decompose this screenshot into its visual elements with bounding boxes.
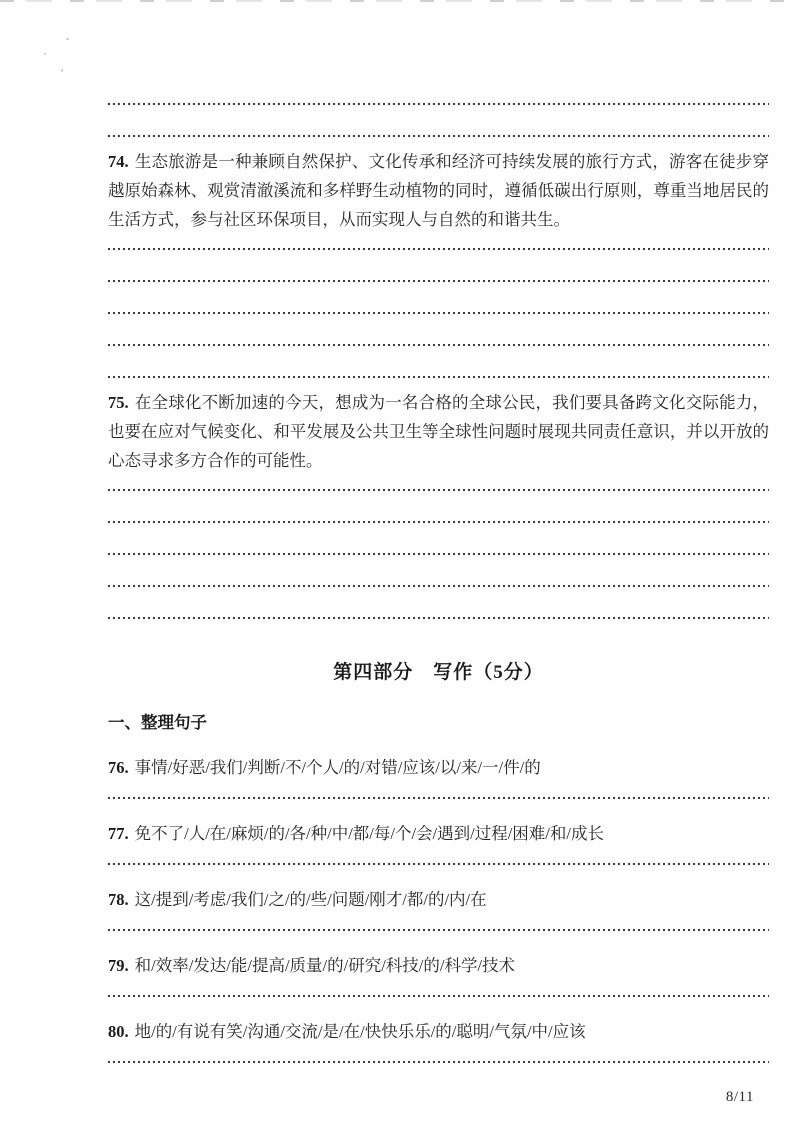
answer-line — [108, 103, 769, 105]
writing-item-text: 免不了/人/在/麻烦/的/各/种/中/都/每/个/会/遇到/过程/困难/和/成长 — [135, 824, 604, 843]
answer-line — [108, 995, 769, 997]
scan-speck — [61, 69, 63, 72]
question-74-number: 74. — [108, 152, 129, 171]
page-content: 74.生态旅游是一种兼顾自然保护、文化传承和经济可持续发展的旅行方式，游客在徒步… — [0, 0, 794, 1063]
question-75: 75.在全球化不断加速的今天，想成为一名合格的全球公民，我们要具备跨文化交际能力… — [108, 388, 769, 475]
answer-line — [108, 521, 769, 523]
answer-line — [108, 929, 769, 931]
question-74: 74.生态旅游是一种兼顾自然保护、文化传承和经济可持续发展的旅行方式，游客在徒步… — [108, 147, 769, 234]
writing-item-77: 77.免不了/人/在/麻烦/的/各/种/中/都/每/个/会/遇到/过程/困难/和… — [108, 820, 769, 865]
answer-line — [108, 1061, 769, 1063]
carryover-answer-lines — [108, 103, 769, 137]
writing-item-text: 事情/好恶/我们/判断/不/个人/的/对错/应该/以/来/一/件/的 — [135, 758, 541, 777]
writing-item-number: 77. — [108, 824, 129, 843]
writing-item-text: 这/提到/考虑/我们/之/的/些/问题/刚才/都/的/内/在 — [135, 890, 487, 909]
writing-item-number: 79. — [108, 956, 129, 975]
writing-item-78: 78.这/提到/考虑/我们/之/的/些/问题/刚才/都/的/内/在 — [108, 886, 769, 931]
writing-item-80: 80.地/的/有说有笑/沟通/交流/是/在/快快乐乐/的/聪明/气氛/中/应该 — [108, 1018, 769, 1063]
answer-line — [108, 280, 769, 282]
answer-line — [108, 553, 769, 555]
answer-line — [108, 248, 769, 250]
answer-line — [108, 489, 769, 491]
writing-item-79: 79.和/效率/发达/能/提高/质量/的/研究/科技/的/科学/技术 — [108, 952, 769, 997]
question-75-number: 75. — [108, 393, 129, 412]
section-title: 第四部分 写作（5分） — [108, 657, 769, 684]
answer-line — [108, 344, 769, 346]
writing-item-number: 76. — [108, 758, 129, 777]
scan-speck — [44, 53, 46, 55]
writing-item-text: 和/效率/发达/能/提高/质量/的/研究/科技/的/科学/技术 — [135, 956, 515, 975]
answer-line — [108, 863, 769, 865]
question-75-answer-lines — [108, 489, 769, 619]
writing-item-line: 78.这/提到/考虑/我们/之/的/些/问题/刚才/都/的/内/在 — [108, 886, 769, 914]
page-number: 8/11 — [726, 1089, 754, 1106]
writing-item-76: 76.事情/好恶/我们/判断/不/个人/的/对错/应该/以/来/一/件/的 — [108, 754, 769, 799]
question-74-text: 生态旅游是一种兼顾自然保护、文化传承和经济可持续发展的旅行方式，游客在徒步穿越原… — [108, 152, 769, 229]
writing-item-number: 80. — [108, 1022, 129, 1041]
answer-line — [108, 797, 769, 799]
question-75-text: 在全球化不断加速的今天，想成为一名合格的全球公民，我们要具备跨文化交际能力，也要… — [108, 393, 769, 470]
writing-item-line: 80.地/的/有说有笑/沟通/交流/是/在/快快乐乐/的/聪明/气氛/中/应该 — [108, 1018, 769, 1046]
exam-page: 74.生态旅游是一种兼顾自然保护、文化传承和经济可持续发展的旅行方式，游客在徒步… — [0, 0, 794, 1122]
answer-line — [108, 585, 769, 587]
writing-item-line: 76.事情/好恶/我们/判断/不/个人/的/对错/应该/以/来/一/件/的 — [108, 754, 769, 782]
scan-edge-artifact — [0, 0, 794, 2]
writing-item-line: 79.和/效率/发达/能/提高/质量/的/研究/科技/的/科学/技术 — [108, 952, 769, 980]
answer-line — [108, 135, 769, 137]
subsection-title: 一、整理句子 — [108, 709, 769, 733]
answer-line — [108, 376, 769, 378]
answer-line — [108, 617, 769, 619]
answer-line — [108, 312, 769, 314]
question-74-answer-lines — [108, 248, 769, 378]
writing-item-number: 78. — [108, 890, 129, 909]
writing-item-text: 地/的/有说有笑/沟通/交流/是/在/快快乐乐/的/聪明/气氛/中/应该 — [135, 1022, 586, 1041]
writing-item-line: 77.免不了/人/在/麻烦/的/各/种/中/都/每/个/会/遇到/过程/困难/和… — [108, 820, 769, 848]
